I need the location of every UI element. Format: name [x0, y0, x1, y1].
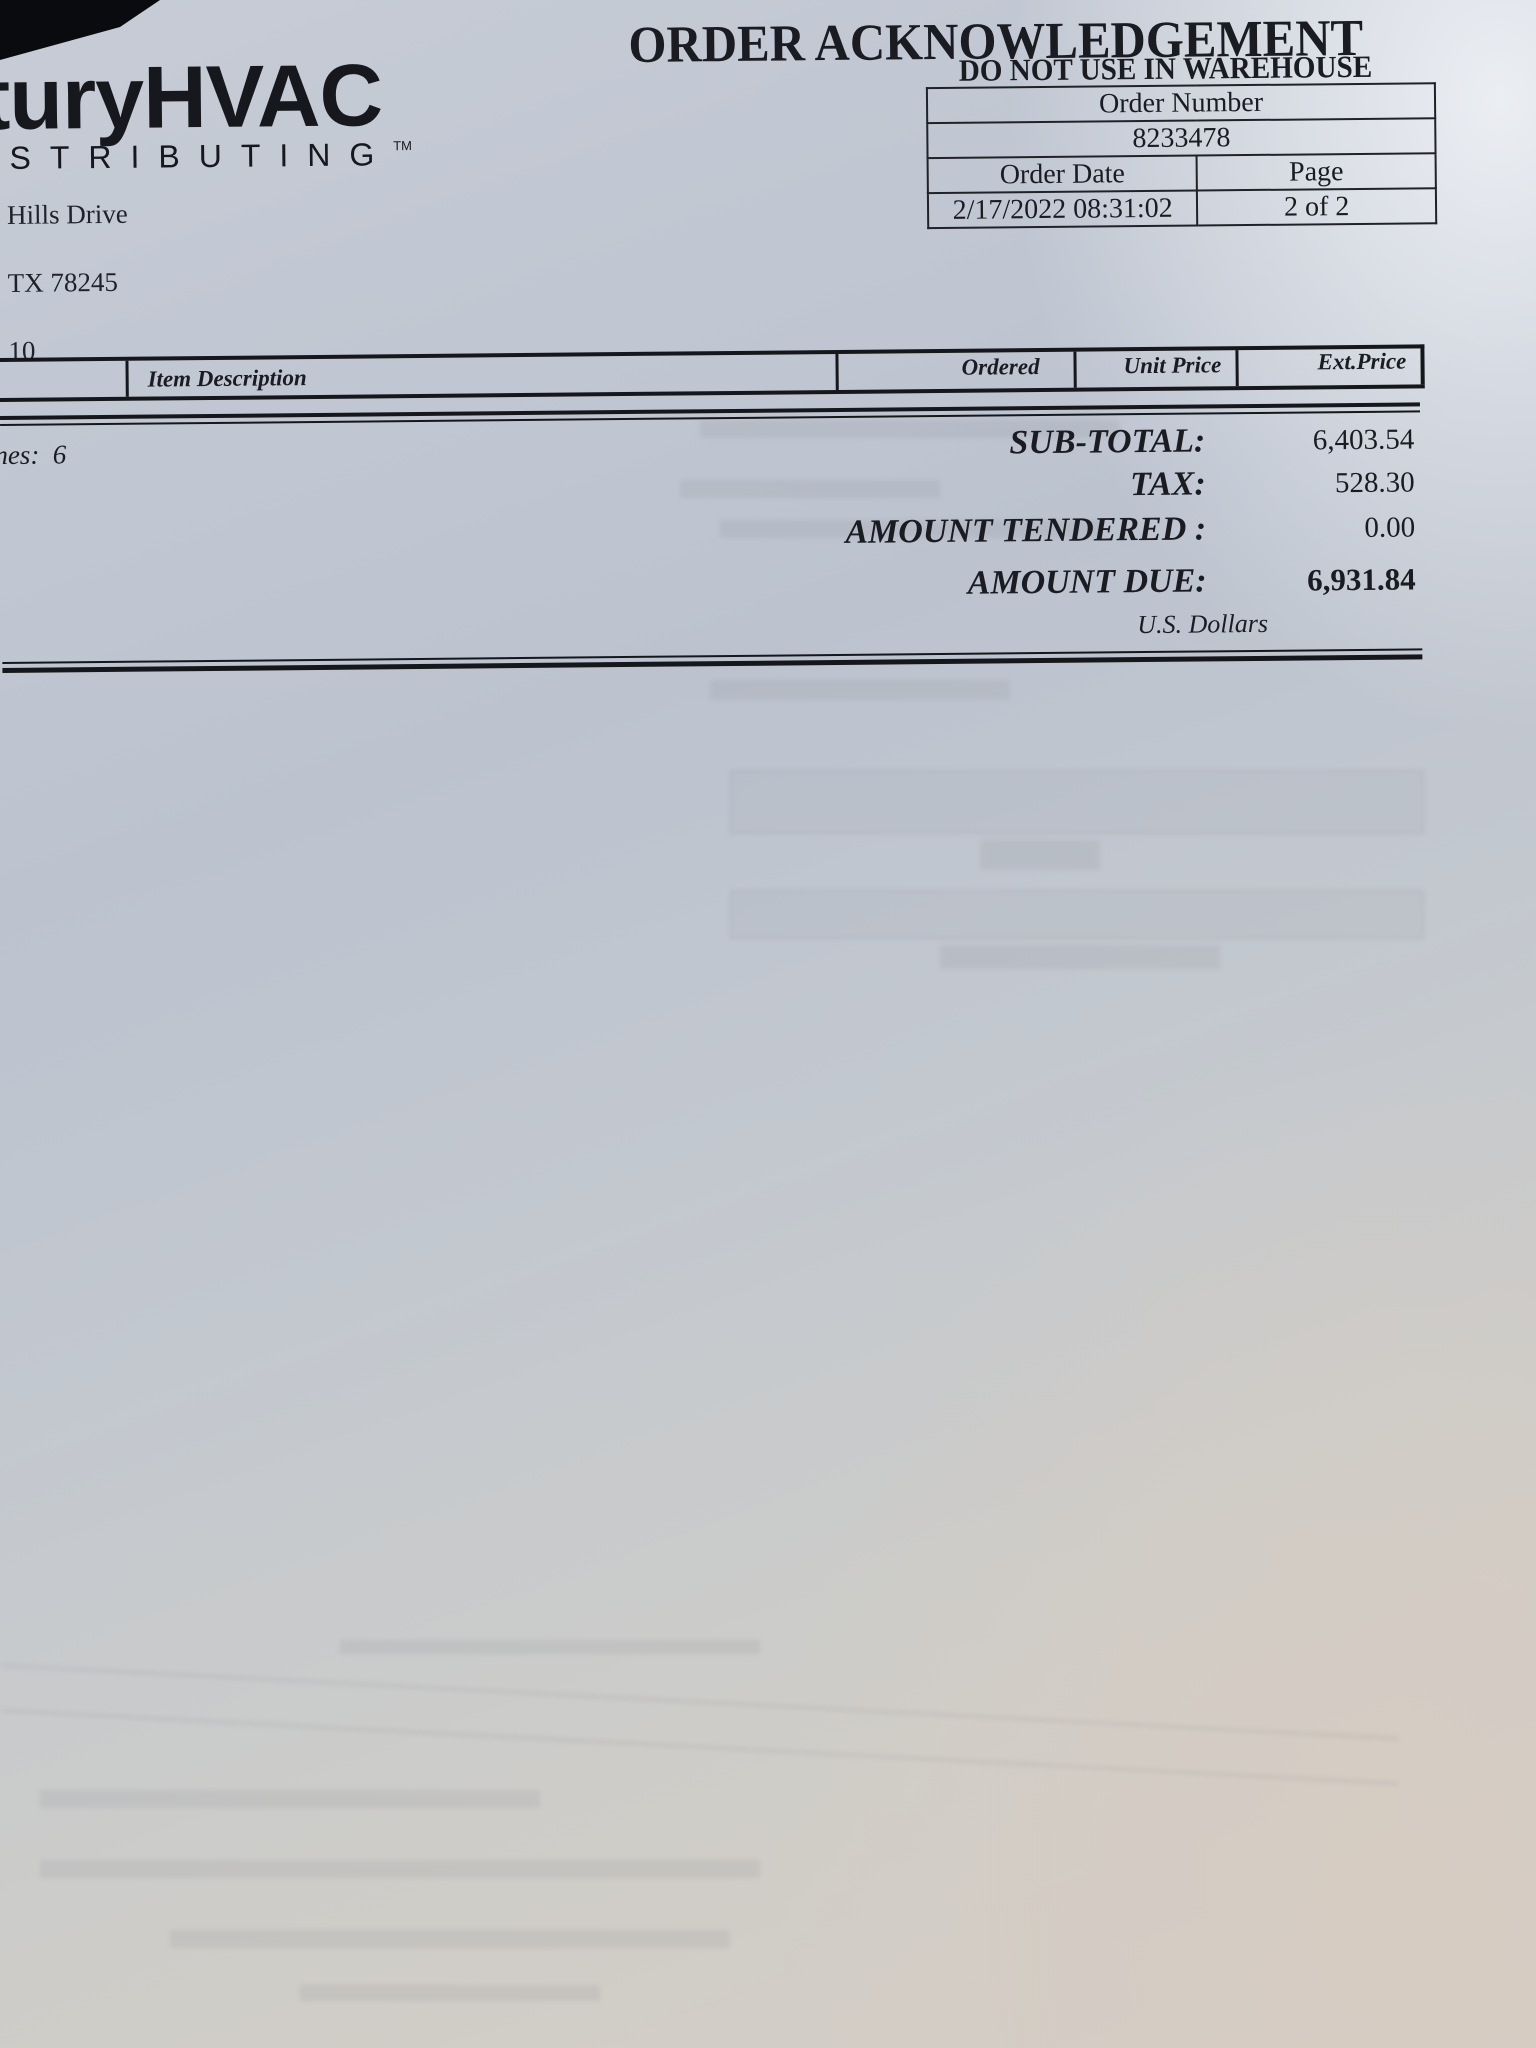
page-label: Page	[1197, 153, 1436, 190]
order-number-value: 8233478	[927, 118, 1435, 158]
amount-tendered-label: AMOUNT TENDERED :	[845, 510, 1206, 551]
order-acknowledgement-page: turyHVAC STRIBUTINGTM Hills Drive TX 782…	[0, 0, 1536, 2048]
tax-label: TAX:	[1130, 465, 1206, 504]
tax-value: 528.30	[1335, 466, 1415, 500]
column-item-description: Item Description	[148, 365, 307, 393]
column-ext-price: Ext.Price	[1317, 349, 1406, 376]
logo-tagline-text: STRIBUTING	[9, 136, 393, 176]
amount-due-label: AMOUNT DUE:	[968, 562, 1207, 602]
line-count-label: nes:	[0, 440, 39, 470]
amount-due-value: 6,931.84	[1307, 561, 1416, 598]
line-count: nes: 6	[0, 439, 67, 471]
order-number-label: Order Number	[927, 83, 1435, 123]
subtotal-label: SUB-TOTAL:	[1009, 422, 1205, 462]
line-count-value: 6	[53, 439, 67, 469]
subtotal-value: 6,403.54	[1313, 423, 1415, 457]
column-unit-price: Unit Price	[1123, 352, 1221, 379]
column-divider	[1235, 350, 1238, 386]
trademark-symbol: TM	[393, 138, 412, 153]
item-table-header: Item Description Ordered Unit Price Ext.…	[0, 344, 1425, 402]
column-divider	[1073, 352, 1076, 388]
company-address-street: Hills Drive	[7, 199, 128, 231]
column-divider	[125, 361, 128, 397]
order-date-value: 2/17/2022 08:31:02	[928, 191, 1198, 229]
column-ordered: Ordered	[961, 354, 1039, 381]
table-endcap	[1420, 344, 1424, 384]
company-logo-tagline: STRIBUTINGTM	[9, 136, 412, 177]
amount-tendered-value: 0.00	[1364, 511, 1415, 544]
order-date-label: Order Date	[928, 156, 1198, 194]
company-address-city: TX 78245	[8, 267, 119, 299]
company-logo: turyHVAC	[0, 44, 382, 150]
page-value: 2 of 2	[1197, 188, 1436, 225]
currency-note: U.S. Dollars	[1137, 609, 1268, 640]
column-divider	[835, 354, 838, 390]
order-info-box: Order Number 8233478 Order Date Page 2/1…	[926, 82, 1437, 229]
